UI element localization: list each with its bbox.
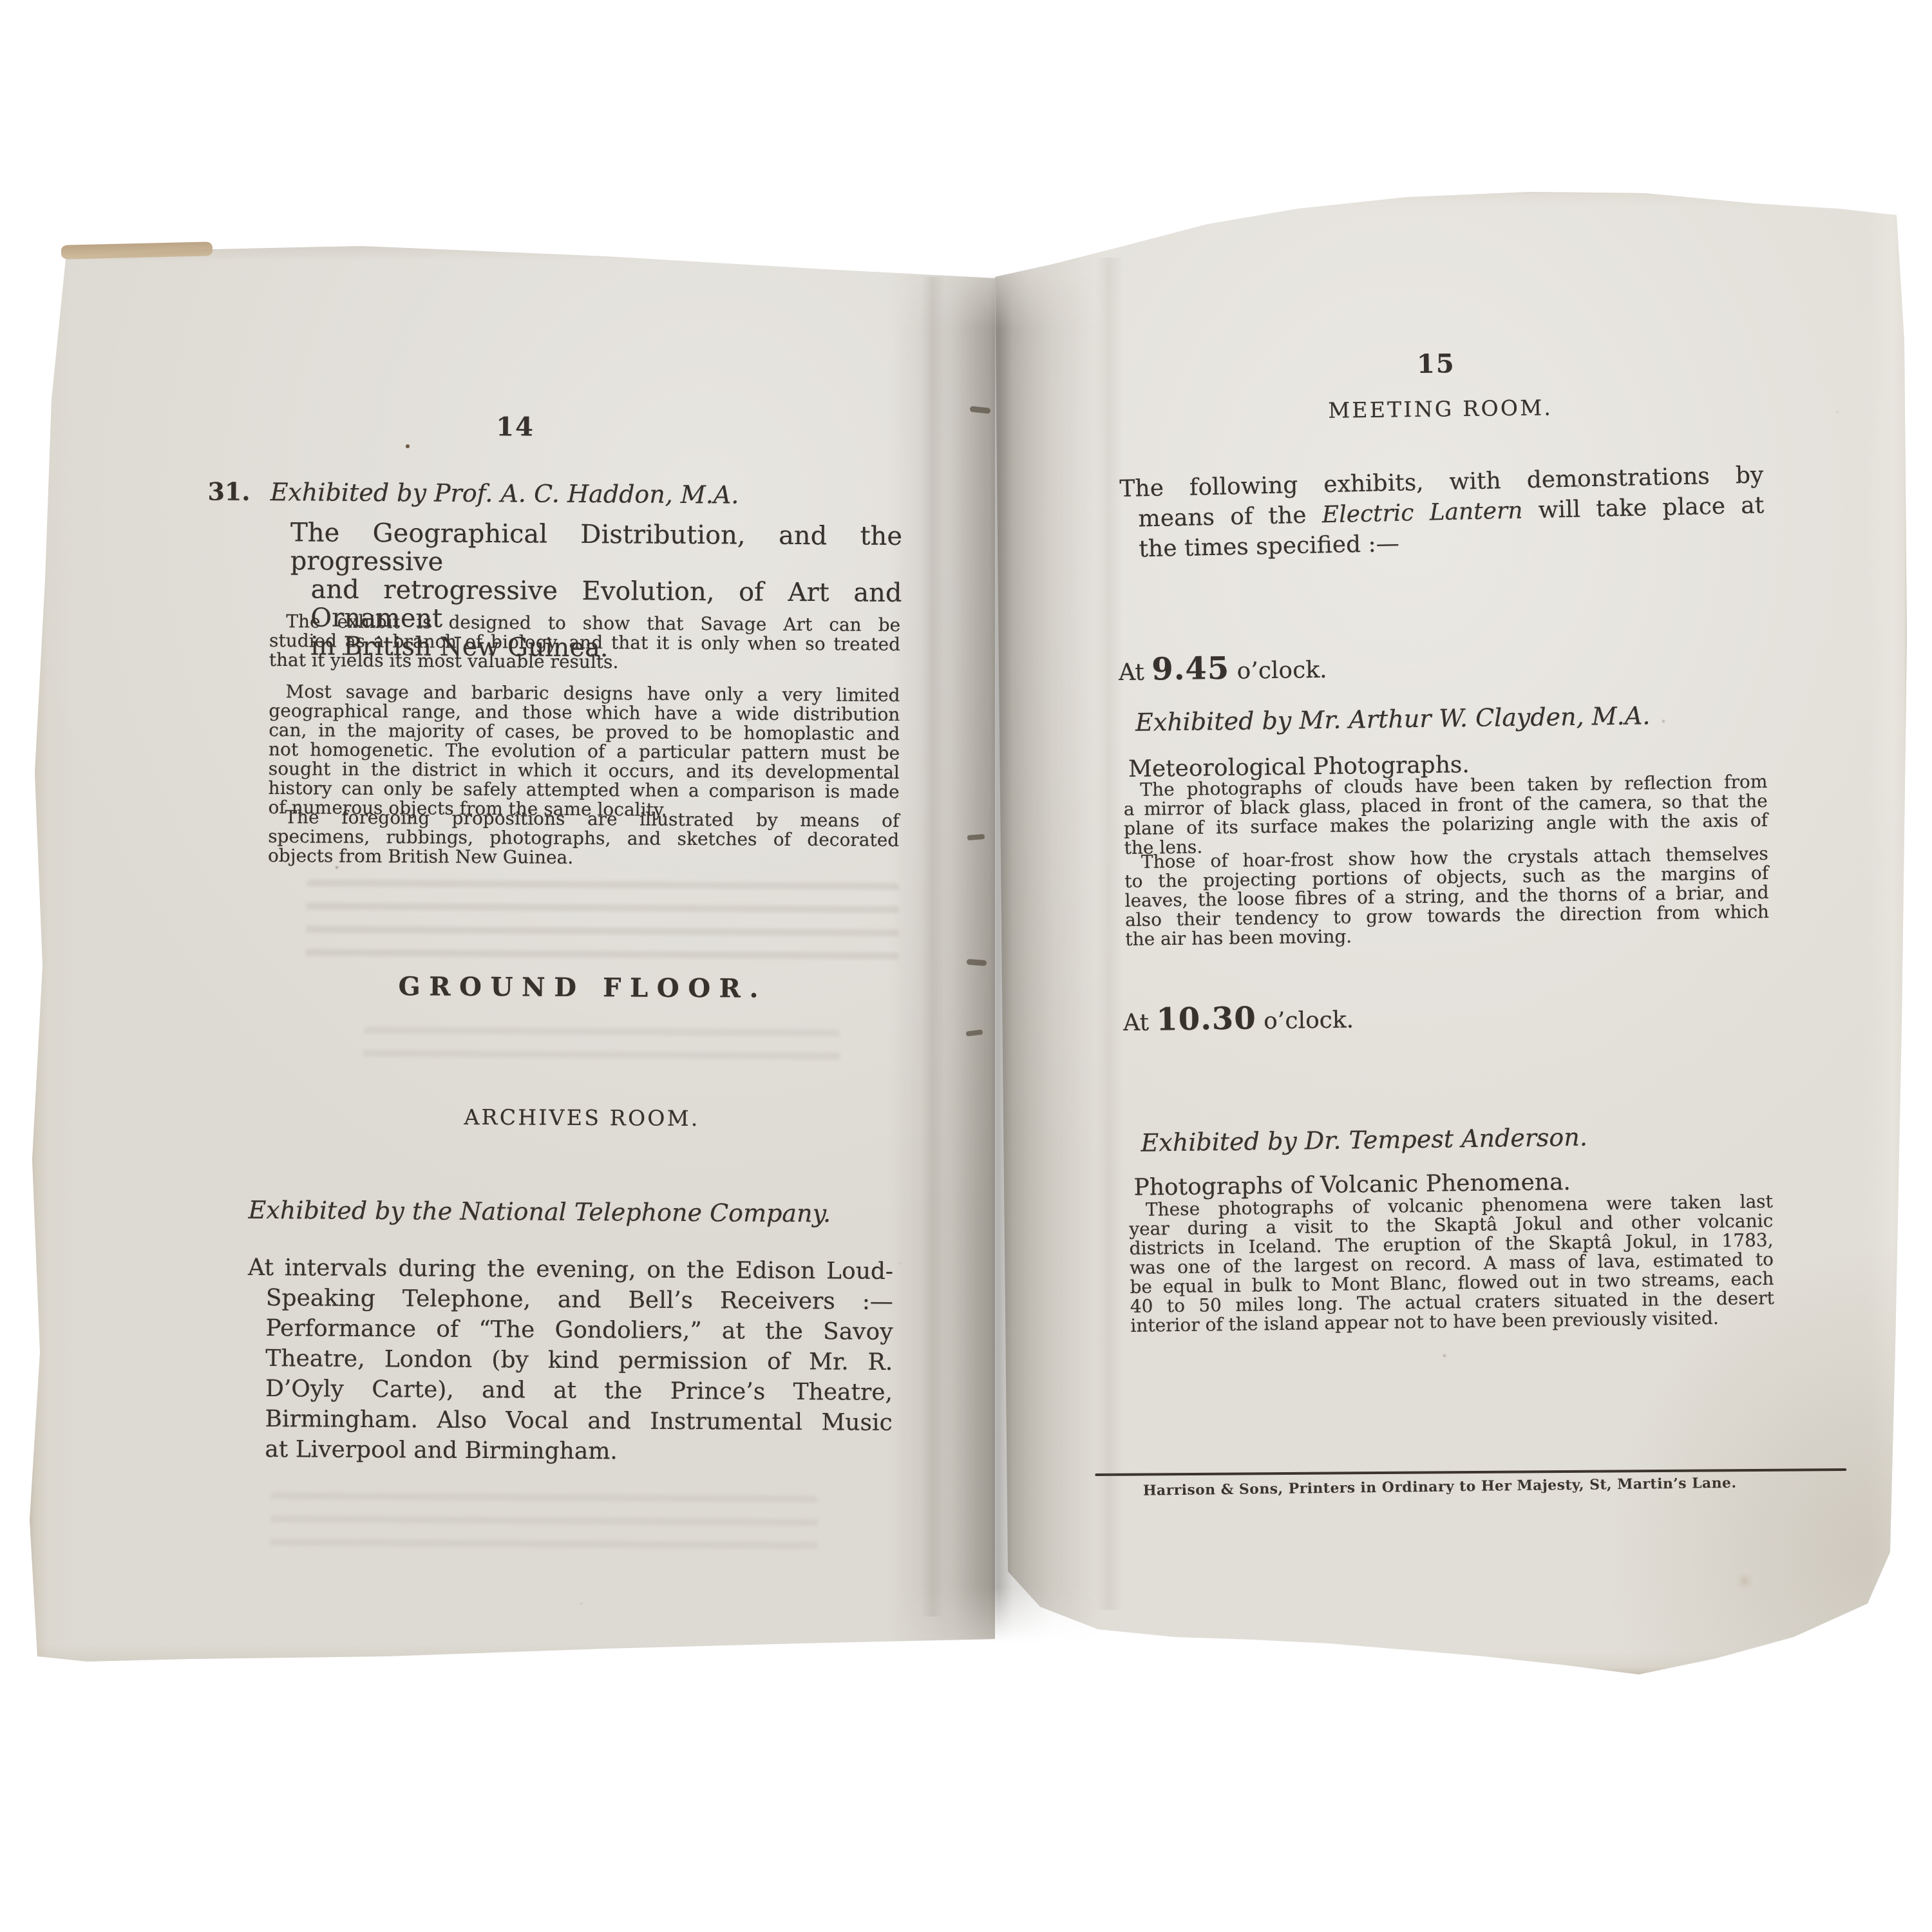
time-prefix: At — [1123, 1010, 1149, 1037]
entry-paragraph-1: The exhibit is designed to show that Sav… — [269, 612, 901, 674]
text-line: Birmingham. Also Vocal and Instrumental … — [247, 1404, 893, 1438]
session2-exhibitor: Exhibited by Dr. Tempest Anderson. — [1141, 1123, 1587, 1157]
entry-exhibitor: Exhibited by Prof. A. C. Haddon, M.A. — [270, 478, 739, 509]
session1-paragraph-2: Those of hoar-frost show how the crystal… — [1124, 844, 1770, 949]
session1-time: At 9.45 o’clock. — [1119, 649, 1327, 688]
session2-time: At 10.30 o’clock. — [1123, 999, 1354, 1038]
text-line: At intervals during the evening, on the … — [248, 1253, 893, 1287]
show-through-ghost-text — [306, 879, 899, 968]
ground-floor-heading: GROUND FLOOR. — [267, 971, 898, 1005]
intro-paragraph: The following exhibits, with demonstrati… — [1119, 460, 1765, 565]
time-suffix: o’clock. — [1236, 657, 1327, 685]
paper-stain-specks — [406, 444, 410, 448]
session2-paragraph: These photographs of volcanic phenomena … — [1129, 1192, 1775, 1336]
telephone-exhibitor-line: Exhibited by the National Telephone Comp… — [249, 1196, 831, 1228]
page-number-14: 14 — [451, 412, 580, 442]
telephone-paragraph: At intervals during the evening, on the … — [247, 1253, 893, 1468]
book-photo: 14 31. Exhibited by Prof. A. C. Haddon, … — [0, 0, 1932, 1932]
text-line: D’Oyly Carte), and at the Prince’s Theat… — [247, 1374, 893, 1408]
time-prefix: At — [1119, 659, 1144, 687]
entry-31-heading: 31. Exhibited by Prof. A. C. Haddon, M.A… — [207, 477, 739, 509]
left-page: 14 31. Exhibited by Prof. A. C. Haddon, … — [261, 0, 907, 1932]
text-segment: will take place at — [1522, 492, 1765, 524]
session1-exhibitor: Exhibited by Mr. Arthur W. Clayden, M.A. — [1135, 701, 1651, 736]
show-through-ghost-text — [363, 1027, 840, 1070]
right-page: 15 MEETING ROOM. The following exhibits,… — [1113, 0, 1782, 1932]
meeting-room-heading: MEETING ROOM. — [1119, 392, 1763, 426]
time-value: 10.30 — [1156, 1000, 1256, 1037]
entry-paragraph-2: Most savage and barbaric designs have on… — [268, 682, 900, 821]
show-through-ghost-text — [270, 1492, 818, 1565]
text-line: Speaking Telephone, and Bell’s Receivers… — [248, 1283, 893, 1317]
time-suffix: o’clock. — [1264, 1007, 1354, 1034]
entry-paragraph-3: The foregoing propositions are illustrat… — [268, 808, 900, 869]
text-line: The Geographical Distribution, and the p… — [290, 518, 903, 579]
page-number-15: 15 — [1372, 348, 1501, 380]
archives-room-heading: ARCHIVES ROOM. — [266, 1103, 897, 1132]
text-segment: means of the — [1138, 502, 1322, 532]
time-value: 9.45 — [1151, 650, 1230, 688]
electric-lantern-italic: Electric Lantern — [1321, 497, 1522, 528]
entry-number: 31. — [207, 477, 250, 506]
text-line: Performance of “The Gondoliers,” at the … — [247, 1313, 893, 1347]
text-line: Theatre, London (by kind permission of M… — [247, 1343, 893, 1378]
text-line: at Liverpool and Birmingham. — [247, 1434, 892, 1468]
printer-imprint: Harrison & Sons, Printers in Ordinary to… — [1117, 1474, 1761, 1499]
